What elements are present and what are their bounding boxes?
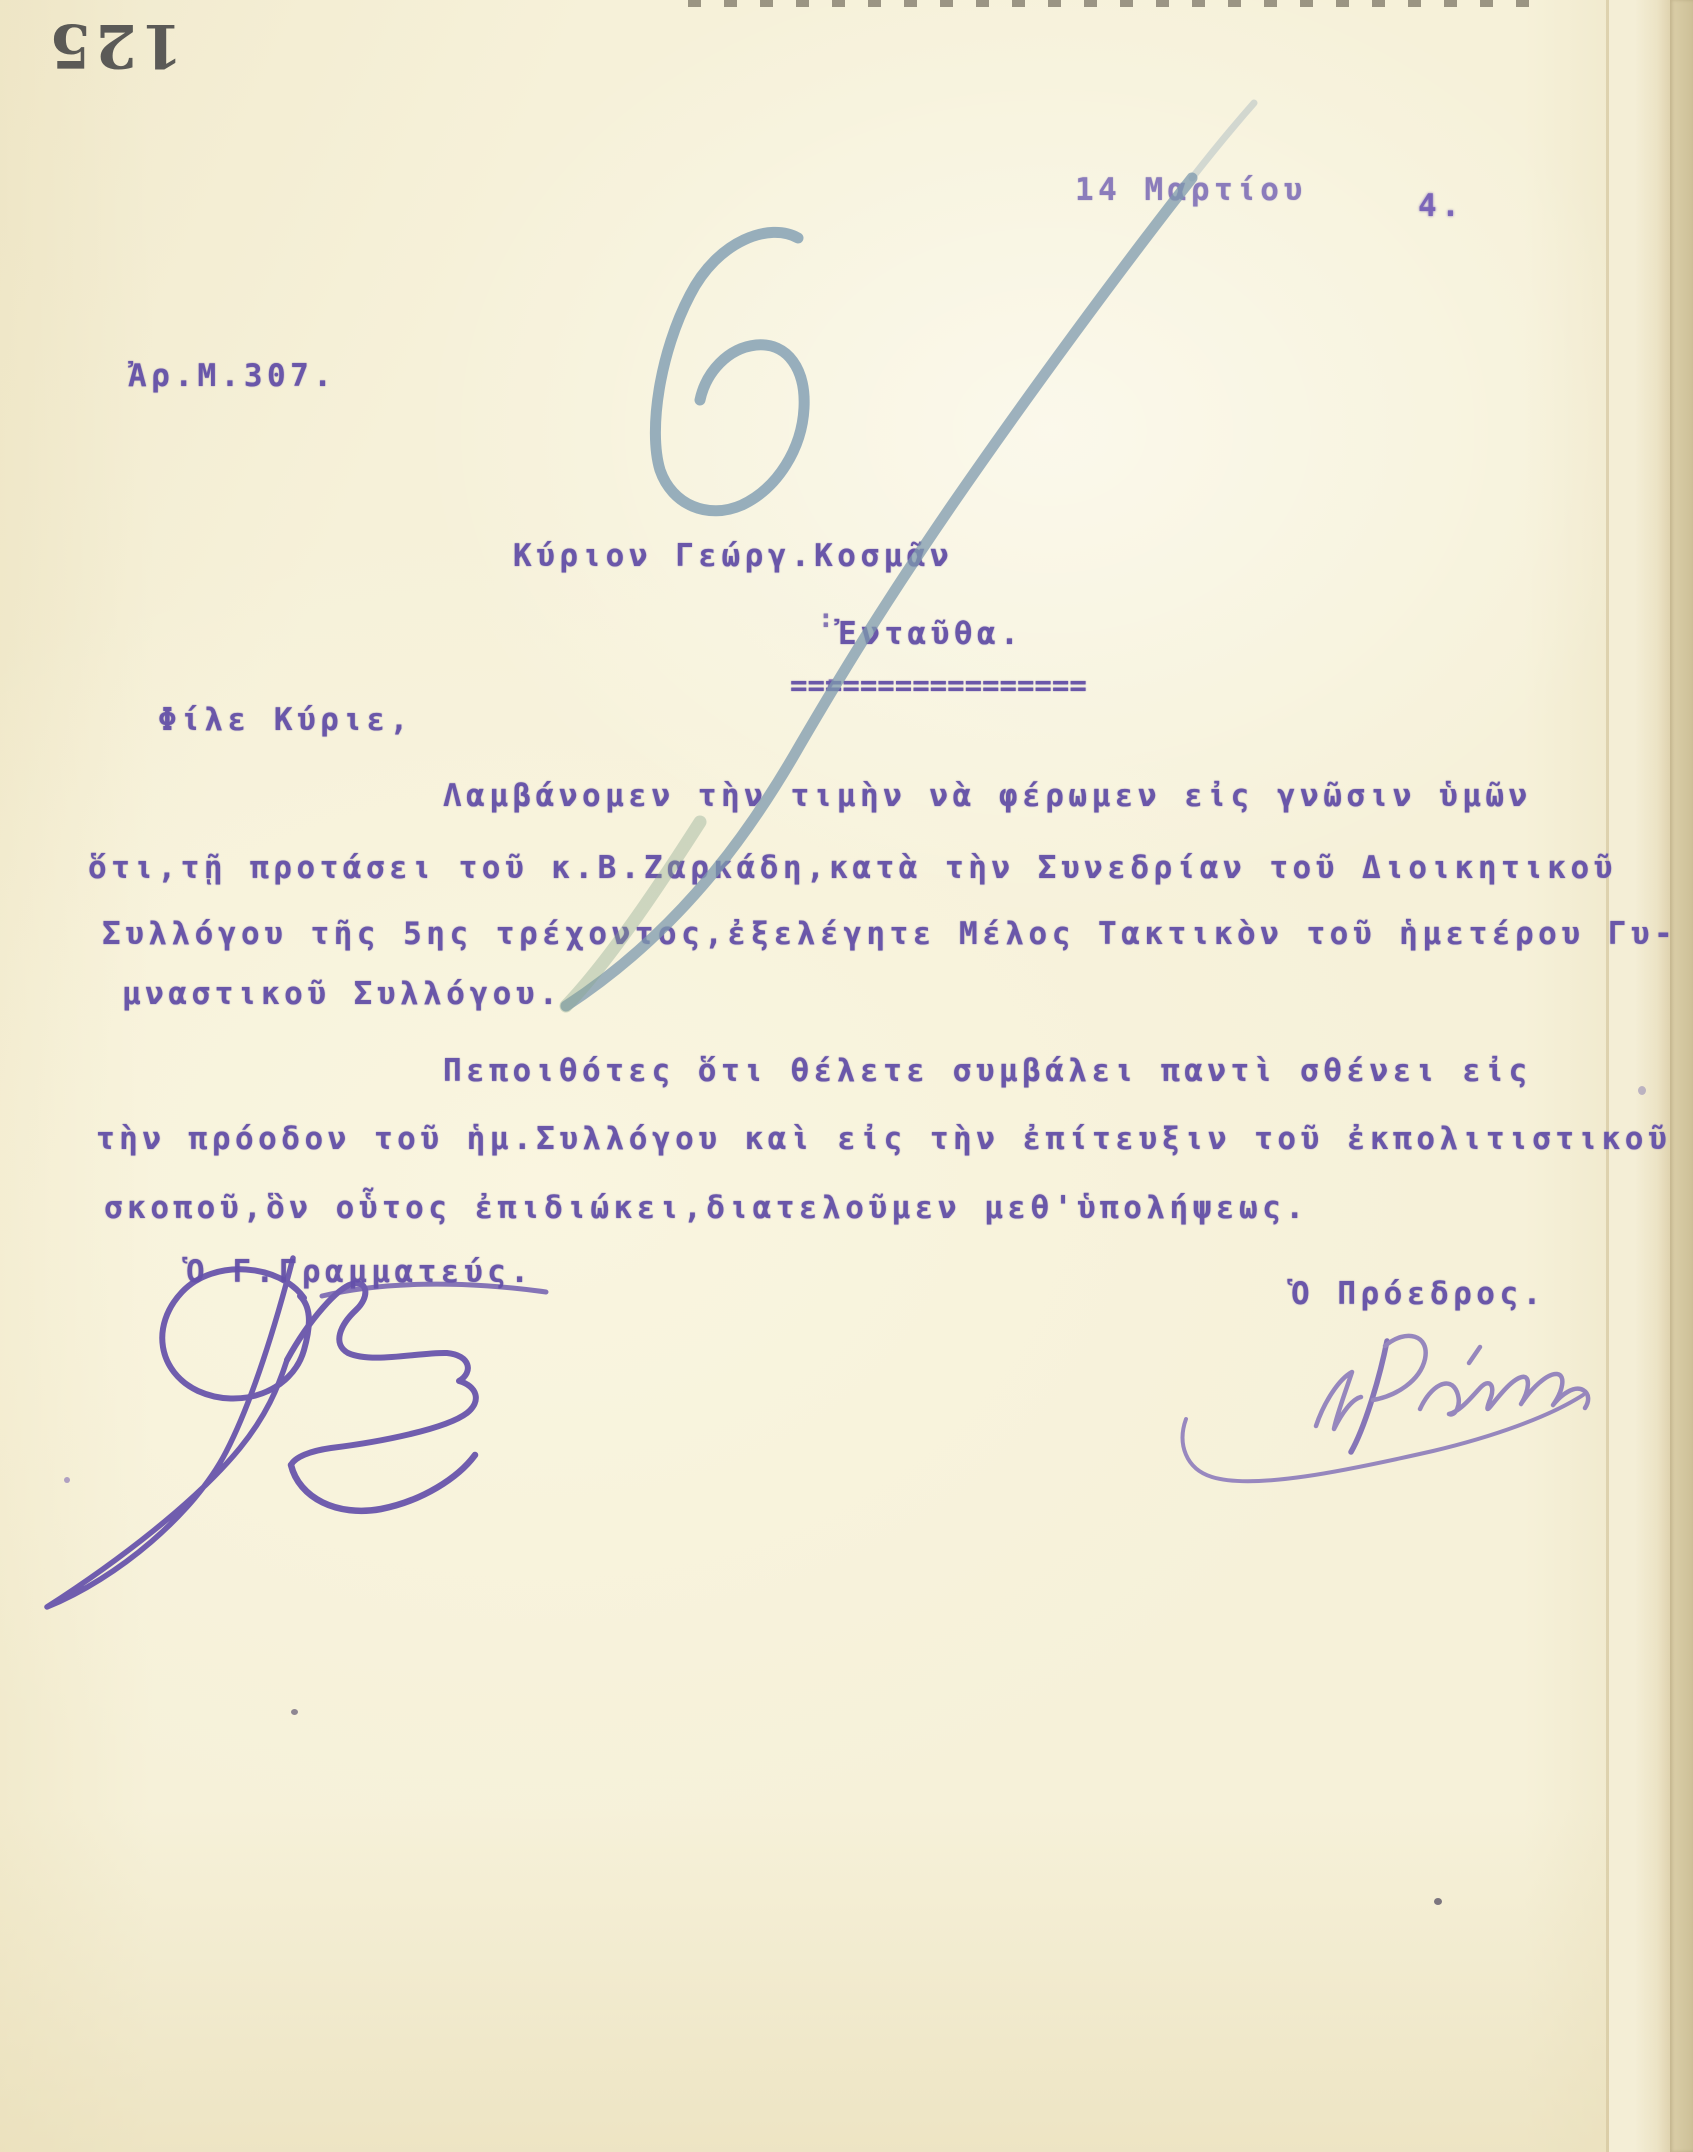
body-paragraph2-line1: Πεποιθότες ὅτι θέλετε συμβάλει παντὶ σθέ… — [443, 1053, 1532, 1089]
reference-number: Ἀρ.Μ.307. — [128, 358, 336, 394]
underlying-page-edge — [1670, 0, 1693, 2152]
page-edge-fold — [1606, 0, 1670, 2152]
ink-speck — [291, 1709, 298, 1715]
president-title: Ὁ Πρόεδρος. — [1291, 1276, 1546, 1312]
previous-page-text-edge — [688, 0, 1543, 7]
body-paragraph2-line3: σκοποῦ,ὃν οὗτος ἐπιδιώκει,διατελοῦμεν με… — [104, 1190, 1309, 1226]
body-paragraph1-line3: Συλλόγου τῆς 5ης τρέχοντος,ἐξελέγητε Μέλ… — [102, 916, 1677, 952]
recipient-name: Κύριον Γεώργ.Κοσμᾶν — [513, 538, 953, 574]
ink-speck — [1638, 1086, 1646, 1095]
archive-page-number-stamp: 125 — [38, 10, 190, 80]
ink-speck — [64, 1477, 70, 1483]
date-annotation: 4. — [1418, 188, 1464, 224]
body-paragraph2-line2: τὴν πρόοδον τοῦ ἡμ.Συλλόγου καὶ εἰς τὴν … — [96, 1121, 1671, 1157]
date-line: 14 Μαρτίου — [1075, 172, 1307, 208]
body-paragraph1-line1: Λαμβάνομεν τὴν τιμὴν νὰ φέρωμεν εἰς γνῶσ… — [443, 778, 1532, 814]
secretary-signature — [47, 1258, 546, 1607]
body-paragraph1-line4: μναστικοῦ Συλλόγου. — [122, 976, 562, 1012]
place-underline: ================= — [790, 668, 1087, 702]
scanned-letter-page: 125 14 Μαρτίου 4. Ἀρ.Μ.307. Κύριον Γεώργ… — [0, 0, 1693, 2152]
pencil-numeral-6-mark — [655, 232, 804, 510]
secretary-title: Ὁ Γ.Γραμματεύς. — [186, 1254, 533, 1290]
stray-typewriter-mark: : — [818, 604, 838, 634]
body-paragraph1-line2: ὅτι,τῇ προτάσει τοῦ κ.Β.Ζαρκάδη,κατὰ τὴν… — [88, 850, 1617, 886]
ink-speck — [1434, 1898, 1442, 1905]
president-signature — [1183, 1336, 1589, 1481]
salutation: Φίλε Κύριε, — [158, 702, 413, 738]
recipient-place: Ἐνταῦθα. — [838, 616, 1023, 652]
